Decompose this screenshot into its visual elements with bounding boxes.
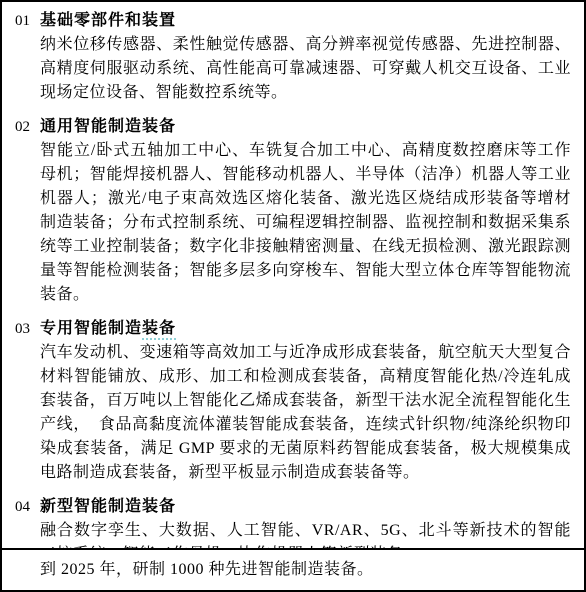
section-03-title-spellcheck-underline: 装备 — [142, 320, 176, 340]
section-01-title: 基础零部件和装置 — [40, 9, 571, 33]
section-04-body: 融合数字孪生、大数据、人工智能、VR/AR、5G、北斗等新技术的智能工控系统、智… — [40, 519, 571, 548]
section-02-body: 智能立/卧式五轴加工中心、车铣复合加工中心、高精度数控磨床等工作母机；智能焊接机… — [40, 139, 571, 307]
section-01-body: 纳米位移传感器、柔性触觉传感器、高分辨率视觉传感器、先进控制器、高精度伺服驱动系… — [40, 33, 571, 105]
equipment-table: 01 基础零部件和装置 纳米位移传感器、柔性触觉传感器、高分辨率视觉传感器、先进… — [0, 0, 586, 592]
section-03-title-main: 专用智能制造 — [40, 320, 142, 337]
section-03-body: 汽车发动机、变速箱等高效加工与近净成形成套装备，航空航天大型复合材料智能铺放、成… — [40, 341, 571, 485]
section-01-content: 基础零部件和装置 纳米位移传感器、柔性触觉传感器、高分辨率视觉传感器、先进控制器… — [40, 9, 584, 105]
section-04-title: 新型智能制造装备 — [40, 495, 571, 519]
section-01: 01 基础零部件和装置 纳米位移传感器、柔性触觉传感器、高分辨率视觉传感器、先进… — [2, 9, 584, 105]
section-03-number: 03 — [2, 317, 40, 341]
section-03-title: 专用智能制造装备 — [40, 317, 571, 341]
section-04: 04 新型智能制造装备 融合数字孪生、大数据、人工智能、VR/AR、5G、北斗等… — [2, 495, 584, 548]
footer-row: 到 2025 年，研制 1000 种先进智能制造装备。 — [2, 548, 584, 590]
section-02-content: 通用智能制造装备 智能立/卧式五轴加工中心、车铣复合加工中心、高精度数控磨床等工… — [40, 115, 584, 307]
section-04-content: 新型智能制造装备 融合数字孪生、大数据、人工智能、VR/AR、5G、北斗等新技术… — [40, 495, 584, 548]
sections-area: 01 基础零部件和装置 纳米位移传感器、柔性触觉传感器、高分辨率视觉传感器、先进… — [2, 2, 584, 548]
section-02: 02 通用智能制造装备 智能立/卧式五轴加工中心、车铣复合加工中心、高精度数控磨… — [2, 115, 584, 307]
section-03-content: 专用智能制造装备 汽车发动机、变速箱等高效加工与近净成形成套装备，航空航天大型复… — [40, 317, 584, 485]
section-04-number: 04 — [2, 495, 40, 519]
section-02-title: 通用智能制造装备 — [40, 115, 571, 139]
section-01-number: 01 — [2, 9, 40, 33]
section-03: 03 专用智能制造装备 汽车发动机、变速箱等高效加工与近净成形成套装备，航空航天… — [2, 317, 584, 485]
footer-goal-text: 到 2025 年，研制 1000 种先进智能制造装备。 — [40, 559, 374, 581]
section-02-number: 02 — [2, 115, 40, 139]
